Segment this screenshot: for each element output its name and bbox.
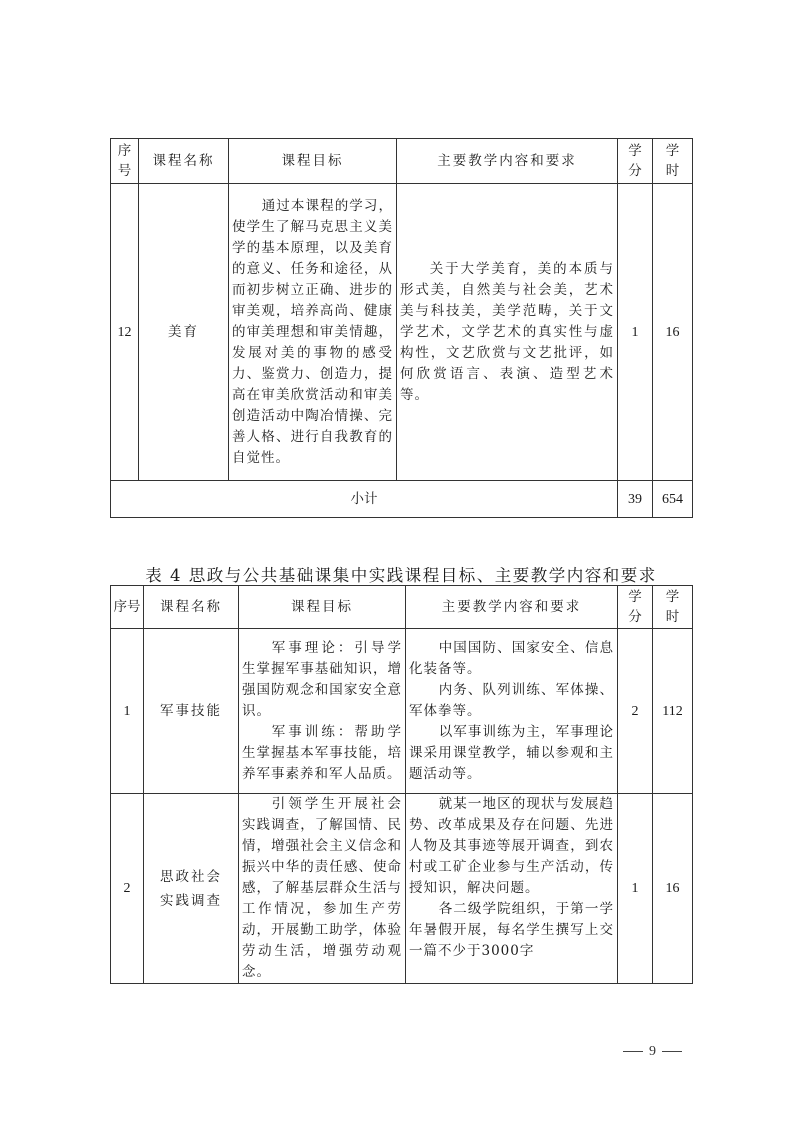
table-row: 2 思政社会 实践调查 引领学生开展社会实践调查，了解国情、民情，增强社会主义信…	[111, 794, 693, 984]
header-hours: 学时	[653, 139, 693, 184]
header-course-goal: 课程目标	[229, 139, 397, 184]
goal-paragraph: 军事理论：引导学生掌握军事基础知识，增强国防观念和国家安全意识。	[242, 638, 402, 722]
table-row: 12 美育 通过本课程的学习，使学生了解马克思主义美学的基本原理，以及美育的意义…	[111, 184, 693, 481]
practice-course-table: 序号 课程名称 课程目标 主要教学内容和要求 学分 学时 1 军事技能 军事理论…	[110, 585, 693, 984]
header-hours: 学时	[653, 586, 693, 629]
content-paragraph: 以军事训练为主，军事理论课采用课堂教学，辅以参观和主题活动等。	[409, 722, 614, 785]
page-number: 9	[617, 1044, 688, 1060]
goal-paragraph: 军事训练：帮助学生掌握基本军事技能，培养军事素养和军人品质。	[242, 722, 402, 785]
row-seq: 1	[111, 629, 144, 794]
header-credit-line2: 分	[628, 163, 642, 179]
header-hours-line1: 学	[666, 589, 680, 605]
row-course-goal: 军事理论：引导学生掌握军事基础知识，增强国防观念和国家安全意识。 军事训练：帮助…	[239, 629, 406, 794]
header-seq-line2: 号	[118, 163, 132, 179]
header-credit-line2: 分	[628, 609, 642, 625]
row-course-goal: 引领学生开展社会实践调查，了解国情、民情，增强社会主义信念和振兴中华的责任感、使…	[239, 794, 406, 984]
content-paragraph: 各二级学院组织，于第一学年暑假开展，每名学生撰写上交一篇不少于3000字	[409, 899, 614, 962]
course-table-continued: 序号 课程名称 课程目标 主要教学内容和要求 学分 学时 12 美育 通过本课程…	[110, 138, 693, 518]
table-header-row: 序号 课程名称 课程目标 主要教学内容和要求 学分 学时	[111, 139, 693, 184]
header-seq: 序号	[111, 139, 139, 184]
header-hours-line1: 学	[666, 143, 680, 159]
row-hours: 16	[653, 794, 693, 984]
row-credit: 1	[618, 794, 653, 984]
goal-paragraph: 通过本课程的学习，使学生了解马克思主义美学的基本原理，以及美育的意义、任务和途径…	[232, 196, 393, 469]
content-paragraph: 就某一地区的现状与发展趋势、改革成果及存在问题、先进人物及其事迹等展开调查，到农…	[409, 794, 614, 899]
page-number-value: 9	[649, 1044, 656, 1059]
row-credit: 1	[618, 184, 653, 481]
header-content: 主要教学内容和要求	[406, 586, 618, 629]
course-name-line2: 实践调查	[160, 893, 222, 909]
row-seq: 12	[111, 184, 139, 481]
row-hours: 16	[653, 184, 693, 481]
row-course-name: 美育	[139, 184, 229, 481]
table-row: 1 军事技能 军事理论：引导学生掌握军事基础知识，增强国防观念和国家安全意识。 …	[111, 629, 693, 794]
content-paragraph: 内务、队列训练、军体操、军体拳等。	[409, 680, 614, 722]
row-content: 就某一地区的现状与发展趋势、改革成果及存在问题、先进人物及其事迹等展开调查，到农…	[406, 794, 618, 984]
course-name-line1: 思政社会	[160, 869, 222, 885]
row-hours: 112	[653, 629, 693, 794]
header-hours-line2: 时	[666, 609, 680, 625]
row-course-name: 思政社会 实践调查	[144, 794, 239, 984]
row-course-goal: 通过本课程的学习，使学生了解马克思主义美学的基本原理，以及美育的意义、任务和途径…	[229, 184, 397, 481]
content-paragraph: 关于大学美育，美的本质与形式美，自然美与社会美，艺术美与科技美，美学范畴，关于文…	[400, 259, 614, 406]
row-content: 关于大学美育，美的本质与形式美，自然美与社会美，艺术美与科技美，美学范畴，关于文…	[397, 184, 618, 481]
header-hours-line2: 时	[666, 163, 680, 179]
header-seq: 序号	[111, 586, 144, 629]
header-seq-line1: 序	[118, 143, 132, 159]
header-credit: 学分	[618, 139, 653, 184]
dash-left	[623, 1051, 643, 1052]
header-credit-line1: 学	[628, 589, 642, 605]
subtotal-credit: 39	[618, 481, 653, 518]
row-content: 中国国防、国家安全、信息化装备等。 内务、队列训练、军体操、军体拳等。 以军事训…	[406, 629, 618, 794]
subtotal-hours: 654	[653, 481, 693, 518]
goal-paragraph: 引领学生开展社会实践调查，了解国情、民情，增强社会主义信念和振兴中华的责任感、使…	[242, 794, 402, 983]
dash-right	[662, 1051, 682, 1052]
header-course-name: 课程名称	[139, 139, 229, 184]
header-content: 主要教学内容和要求	[397, 139, 618, 184]
subtotal-row: 小计 39 654	[111, 481, 693, 518]
header-credit-line1: 学	[628, 143, 642, 159]
header-course-name: 课程名称	[144, 586, 239, 629]
table-header-row: 序号 课程名称 课程目标 主要教学内容和要求 学分 学时	[111, 586, 693, 629]
table-caption: 表 4 思政与公共基础课集中实践课程目标、主要教学内容和要求	[110, 562, 692, 586]
content-paragraph: 中国国防、国家安全、信息化装备等。	[409, 638, 614, 680]
header-credit: 学分	[618, 586, 653, 629]
row-course-name: 军事技能	[144, 629, 239, 794]
header-course-goal: 课程目标	[239, 586, 406, 629]
row-seq: 2	[111, 794, 144, 984]
row-credit: 2	[618, 629, 653, 794]
subtotal-label: 小计	[111, 481, 618, 518]
